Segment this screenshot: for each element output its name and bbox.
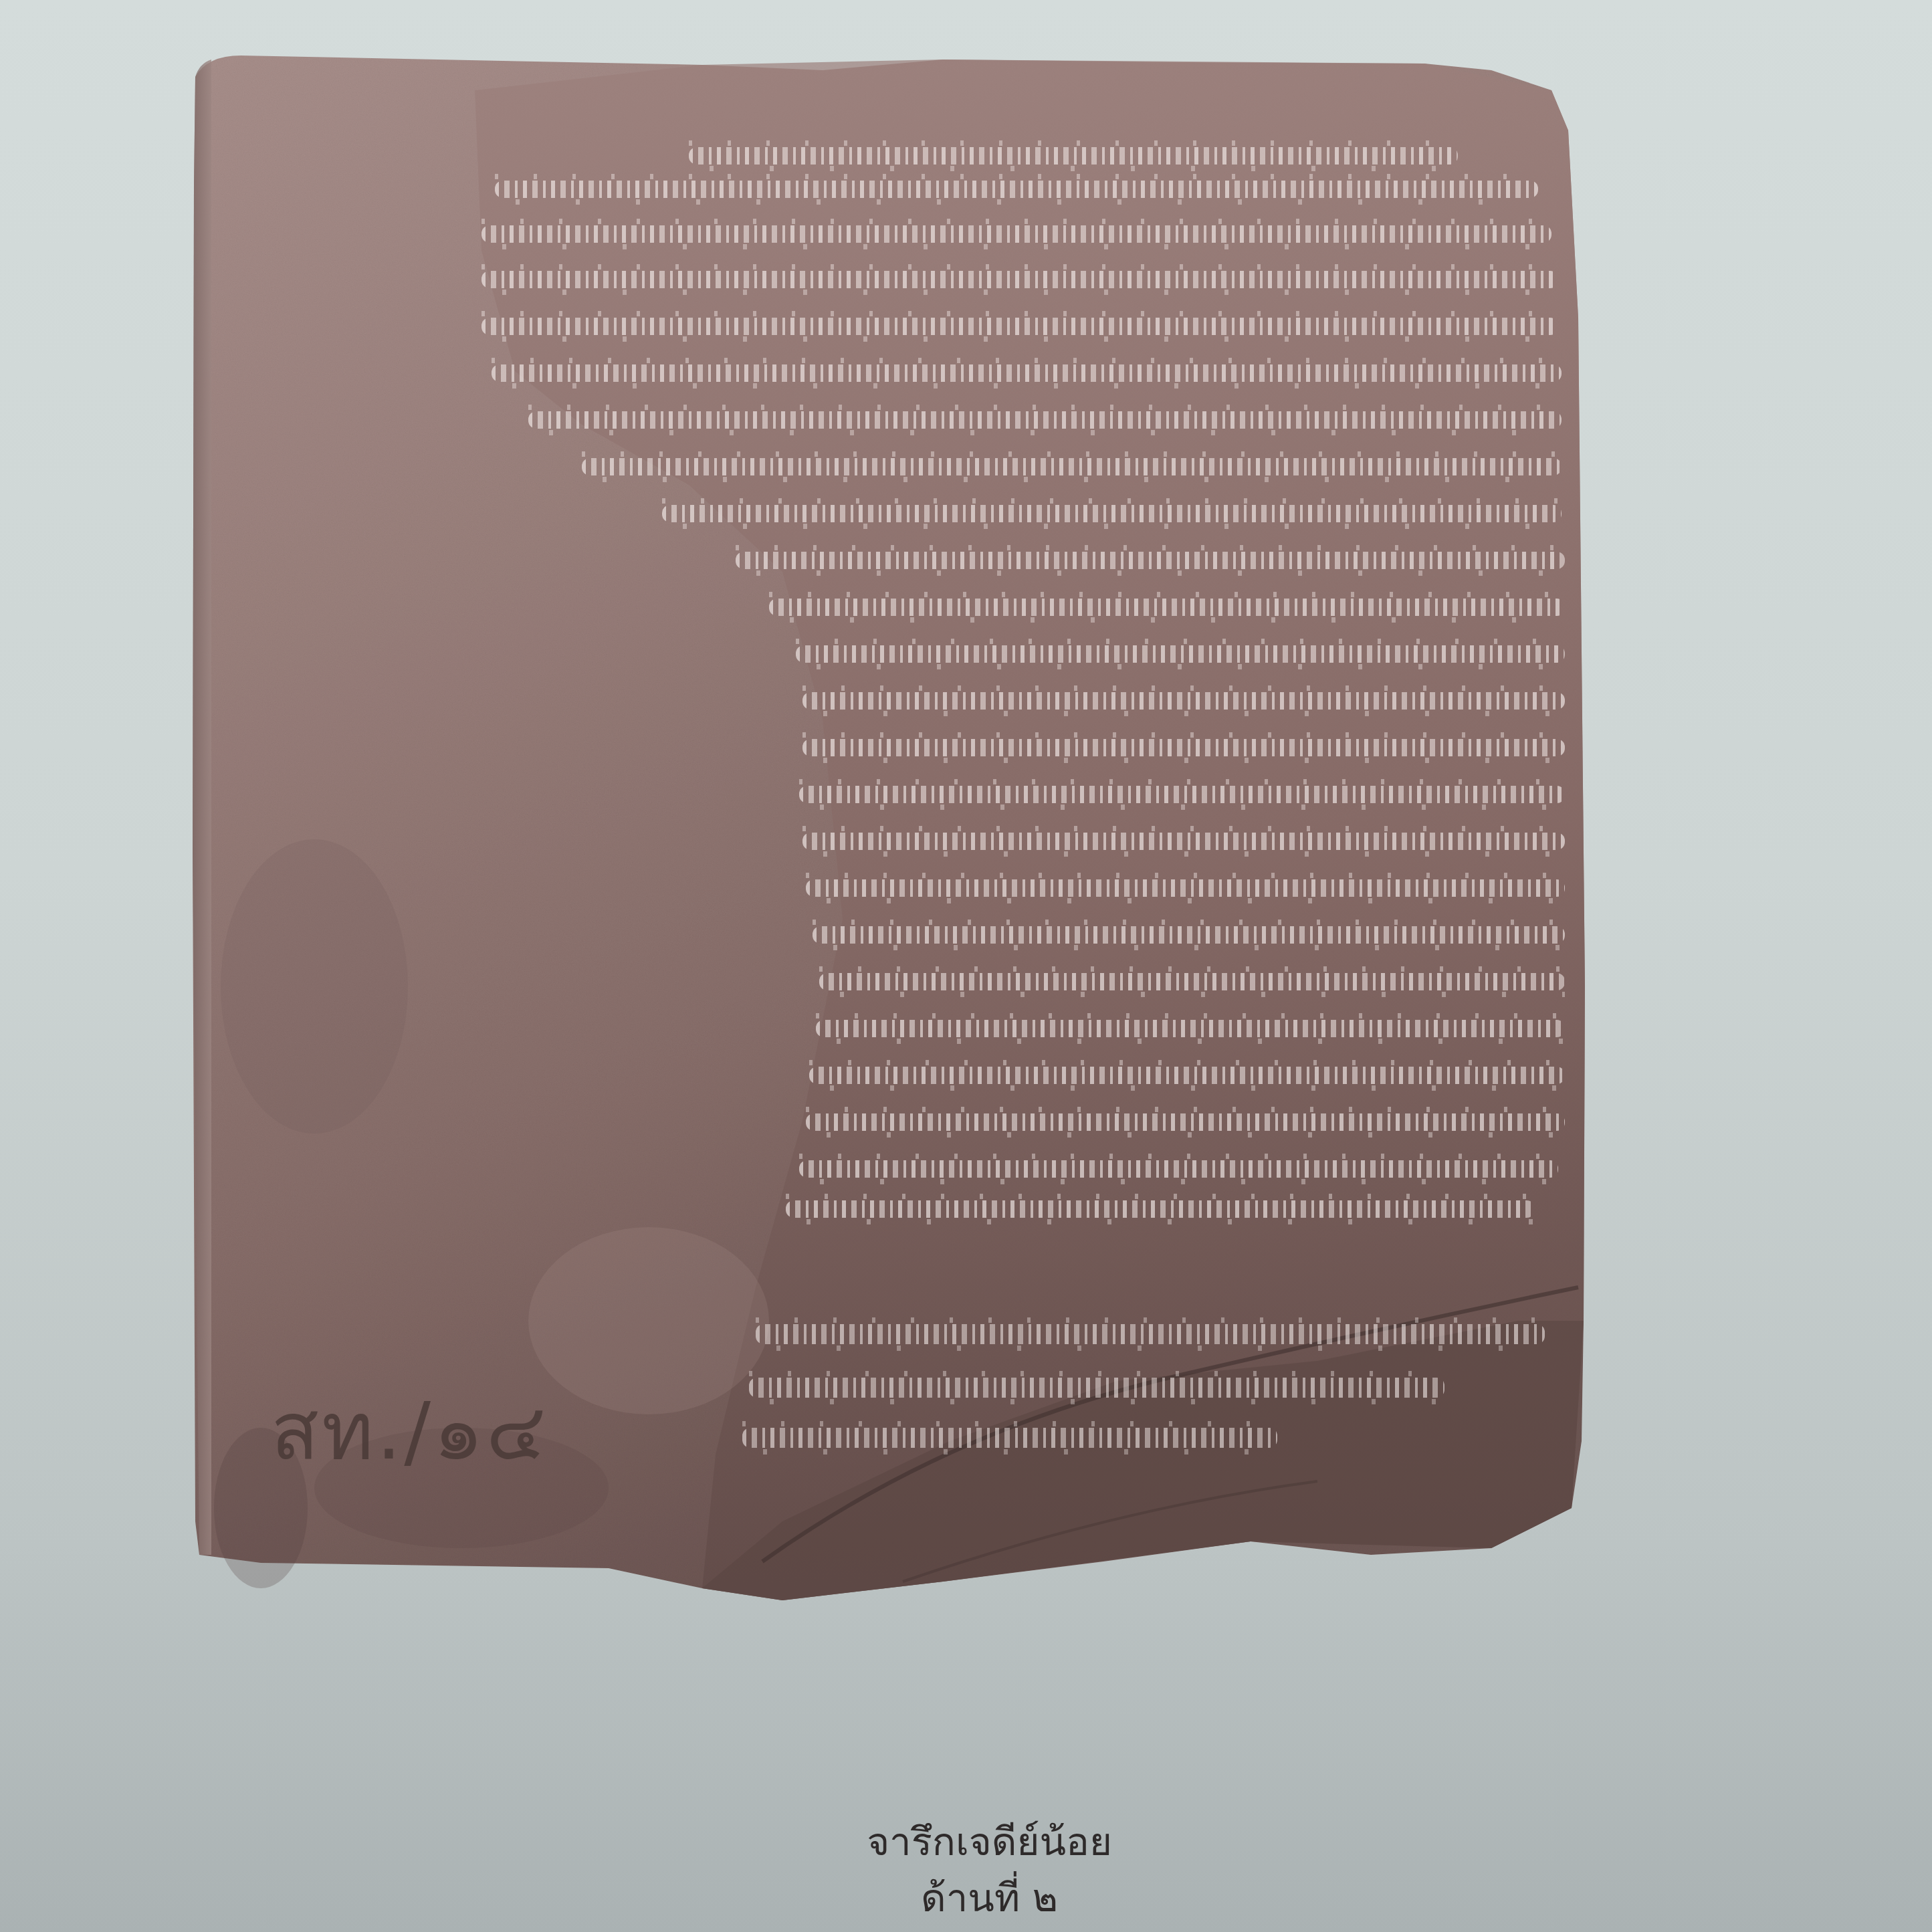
figure-caption: จารึกเจดีย์น้อย ด้านที่ ๒ (0, 1816, 1932, 1924)
caption-title: จารึกเจดีย์น้อย (47, 1816, 1932, 1868)
caption-side-label: ด้านที่ ๒ (47, 1872, 1932, 1924)
book-page: สท./๑๔ จารึกเจดีย์น้อย ด้านที่ ๒ (0, 0, 1932, 1932)
accession-number: สท./๑๔ (271, 1368, 548, 1493)
